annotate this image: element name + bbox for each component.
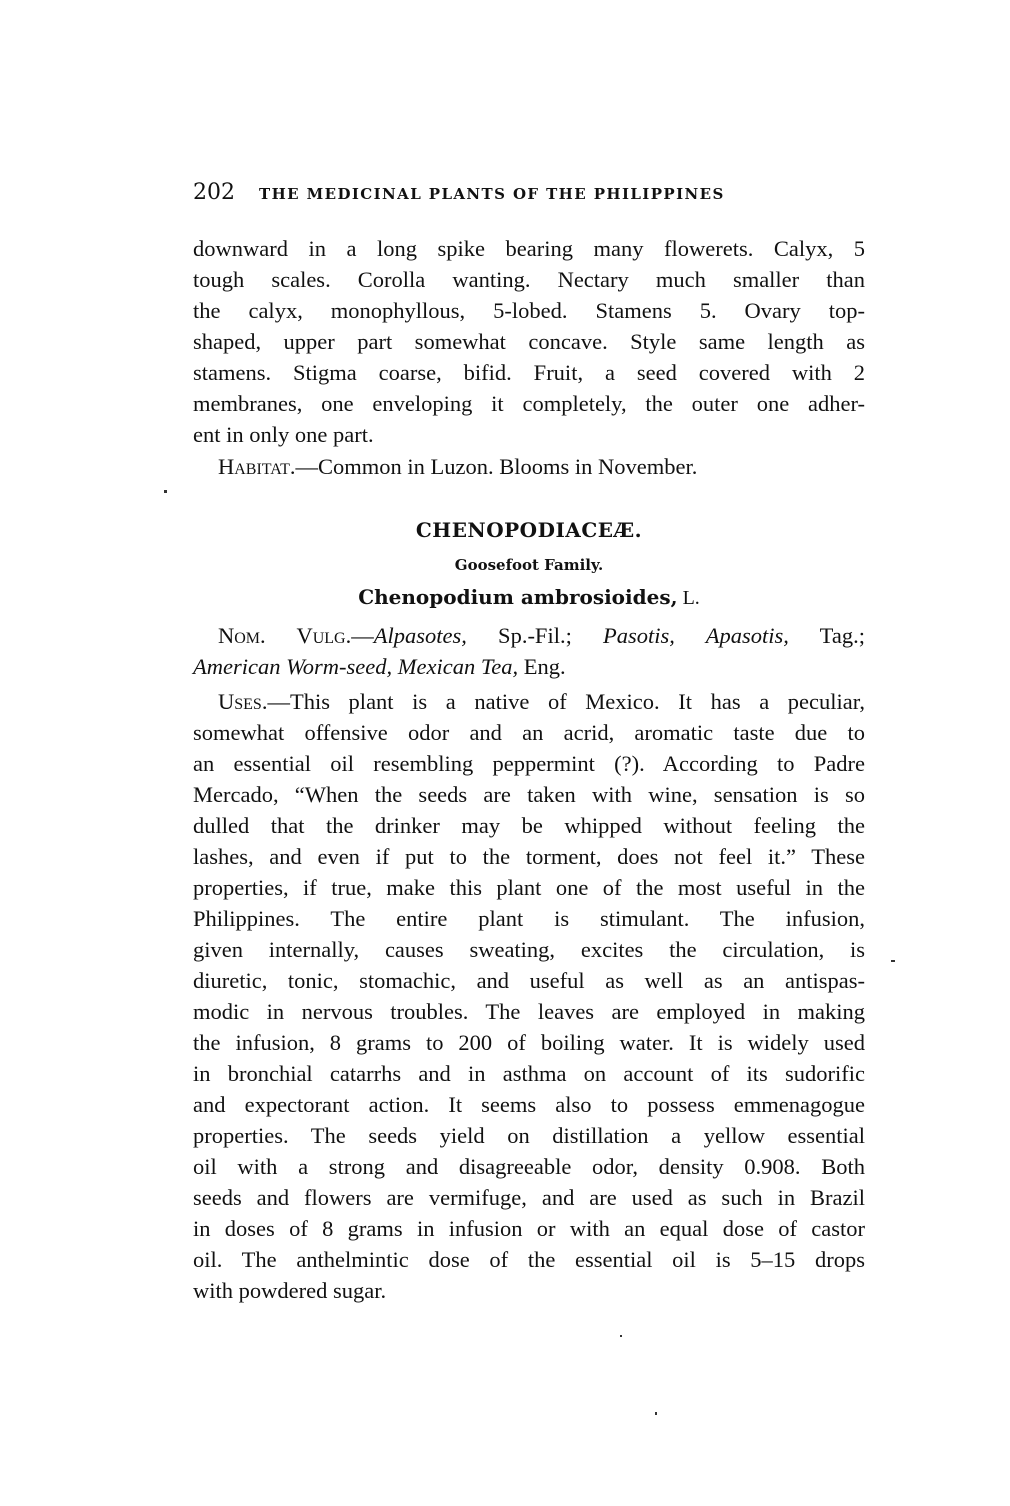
text-line: the infusion, 8 grams to 200 of boiling … xyxy=(193,1027,865,1058)
text-line: properties, if true, make this plant one… xyxy=(193,872,865,903)
species-name: Chenopodium ambrosioides, xyxy=(358,585,677,609)
vernacular-name: Alpasotes, xyxy=(374,623,467,648)
text-line: properties. The seeds yield on distillat… xyxy=(193,1120,865,1151)
text-line: oil. The anthelmintic dose of the essent… xyxy=(193,1244,865,1275)
language: Eng. xyxy=(518,654,566,679)
running-head: 202 THE MEDICINAL PLANTS OF THE PHILIPPI… xyxy=(193,180,873,205)
running-title: THE MEDICINAL PLANTS OF THE PHILIPPINES xyxy=(259,185,725,203)
text-line: in bronchial catarrhs and in asthma on a… xyxy=(193,1058,865,1089)
text-line: ent in only one part. xyxy=(193,419,865,450)
uses-text: —This plant is a native of Mexico. It ha… xyxy=(267,689,865,714)
text-line: and expectorant action. It seems also to… xyxy=(193,1089,865,1120)
text-line: shaped, upper part somewhat concave. Sty… xyxy=(193,326,865,357)
text-line: the calyx, monophyllous, 5-lobed. Stamen… xyxy=(193,295,865,326)
scan-speck xyxy=(655,1412,657,1415)
habitat-paragraph: Habitat.—Common in Luzon. Blooms in Nove… xyxy=(218,451,865,482)
uses-label: Uses. xyxy=(218,689,267,714)
text-line: modic in nervous troubles. The leaves ar… xyxy=(193,996,865,1027)
text-line: seeds and flowers are vermifuge, and are… xyxy=(193,1182,865,1213)
text-line: oil with a strong and disagreeable odor,… xyxy=(193,1151,865,1182)
language: Sp.-Fil.; xyxy=(467,623,603,648)
text-line: downward in a long spike bearing many fl… xyxy=(193,233,865,264)
habitat-label: Habitat. xyxy=(218,454,295,479)
vernacular-name: American Worm-seed, Mexican Tea, xyxy=(193,654,518,679)
page-number: 202 xyxy=(193,180,235,205)
scan-speck xyxy=(164,490,167,493)
text-line: Philippines. The entire plant is stimula… xyxy=(193,903,865,934)
uses-first-line: Uses.—This plant is a native of Mexico. … xyxy=(218,686,865,717)
book-page: 202 THE MEDICINAL PLANTS OF THE PHILIPPI… xyxy=(0,0,1010,1506)
text-line: an essential oil resembling peppermint (… xyxy=(193,748,865,779)
text-line: given internally, causes sweating, excit… xyxy=(193,934,865,965)
text-line: Mercado, “When the seeds are taken with … xyxy=(193,779,865,810)
text-line: in doses of 8 grams in infusion or with … xyxy=(193,1213,865,1244)
text-line: membranes, one enveloping it completely,… xyxy=(193,388,865,419)
nom-vulg-line: Nom. Vulg.—Alpasotes, Sp.-Fil.; Pasotis,… xyxy=(218,620,865,651)
family-heading: CHENOPODIACEÆ. xyxy=(193,518,865,542)
scan-speck xyxy=(620,1335,622,1337)
text-line: somewhat offensive odor and an acrid, ar… xyxy=(193,717,865,748)
family-common-name: Goosefoot Family. xyxy=(193,556,865,574)
species-heading: Chenopodium ambrosioides, L. xyxy=(193,585,865,610)
species-author: L. xyxy=(678,587,700,609)
text-line: dulled that the drinker may be whipped w… xyxy=(193,810,865,841)
dash: — xyxy=(351,623,374,648)
text-line: with powdered sugar. xyxy=(193,1275,865,1306)
text-line: diuretic, tonic, stomachic, and useful a… xyxy=(193,965,865,996)
nom-vulg-label: Nom. Vulg. xyxy=(218,623,351,648)
nom-vulg-line: American Worm-seed, Mexican Tea, Eng. xyxy=(193,651,865,682)
text-line: stamens. Stigma coarse, bifid. Fruit, a … xyxy=(193,357,865,388)
scan-speck xyxy=(891,960,895,962)
vernacular-name: Pasotis, Apasotis, xyxy=(603,623,789,648)
language: Tag.; xyxy=(789,623,865,648)
text-line: lashes, and even if put to the torment, … xyxy=(193,841,865,872)
habitat-text: —Common in Luzon. Blooms in November. xyxy=(295,454,697,479)
text-line: tough scales. Corolla wanting. Nectary m… xyxy=(193,264,865,295)
